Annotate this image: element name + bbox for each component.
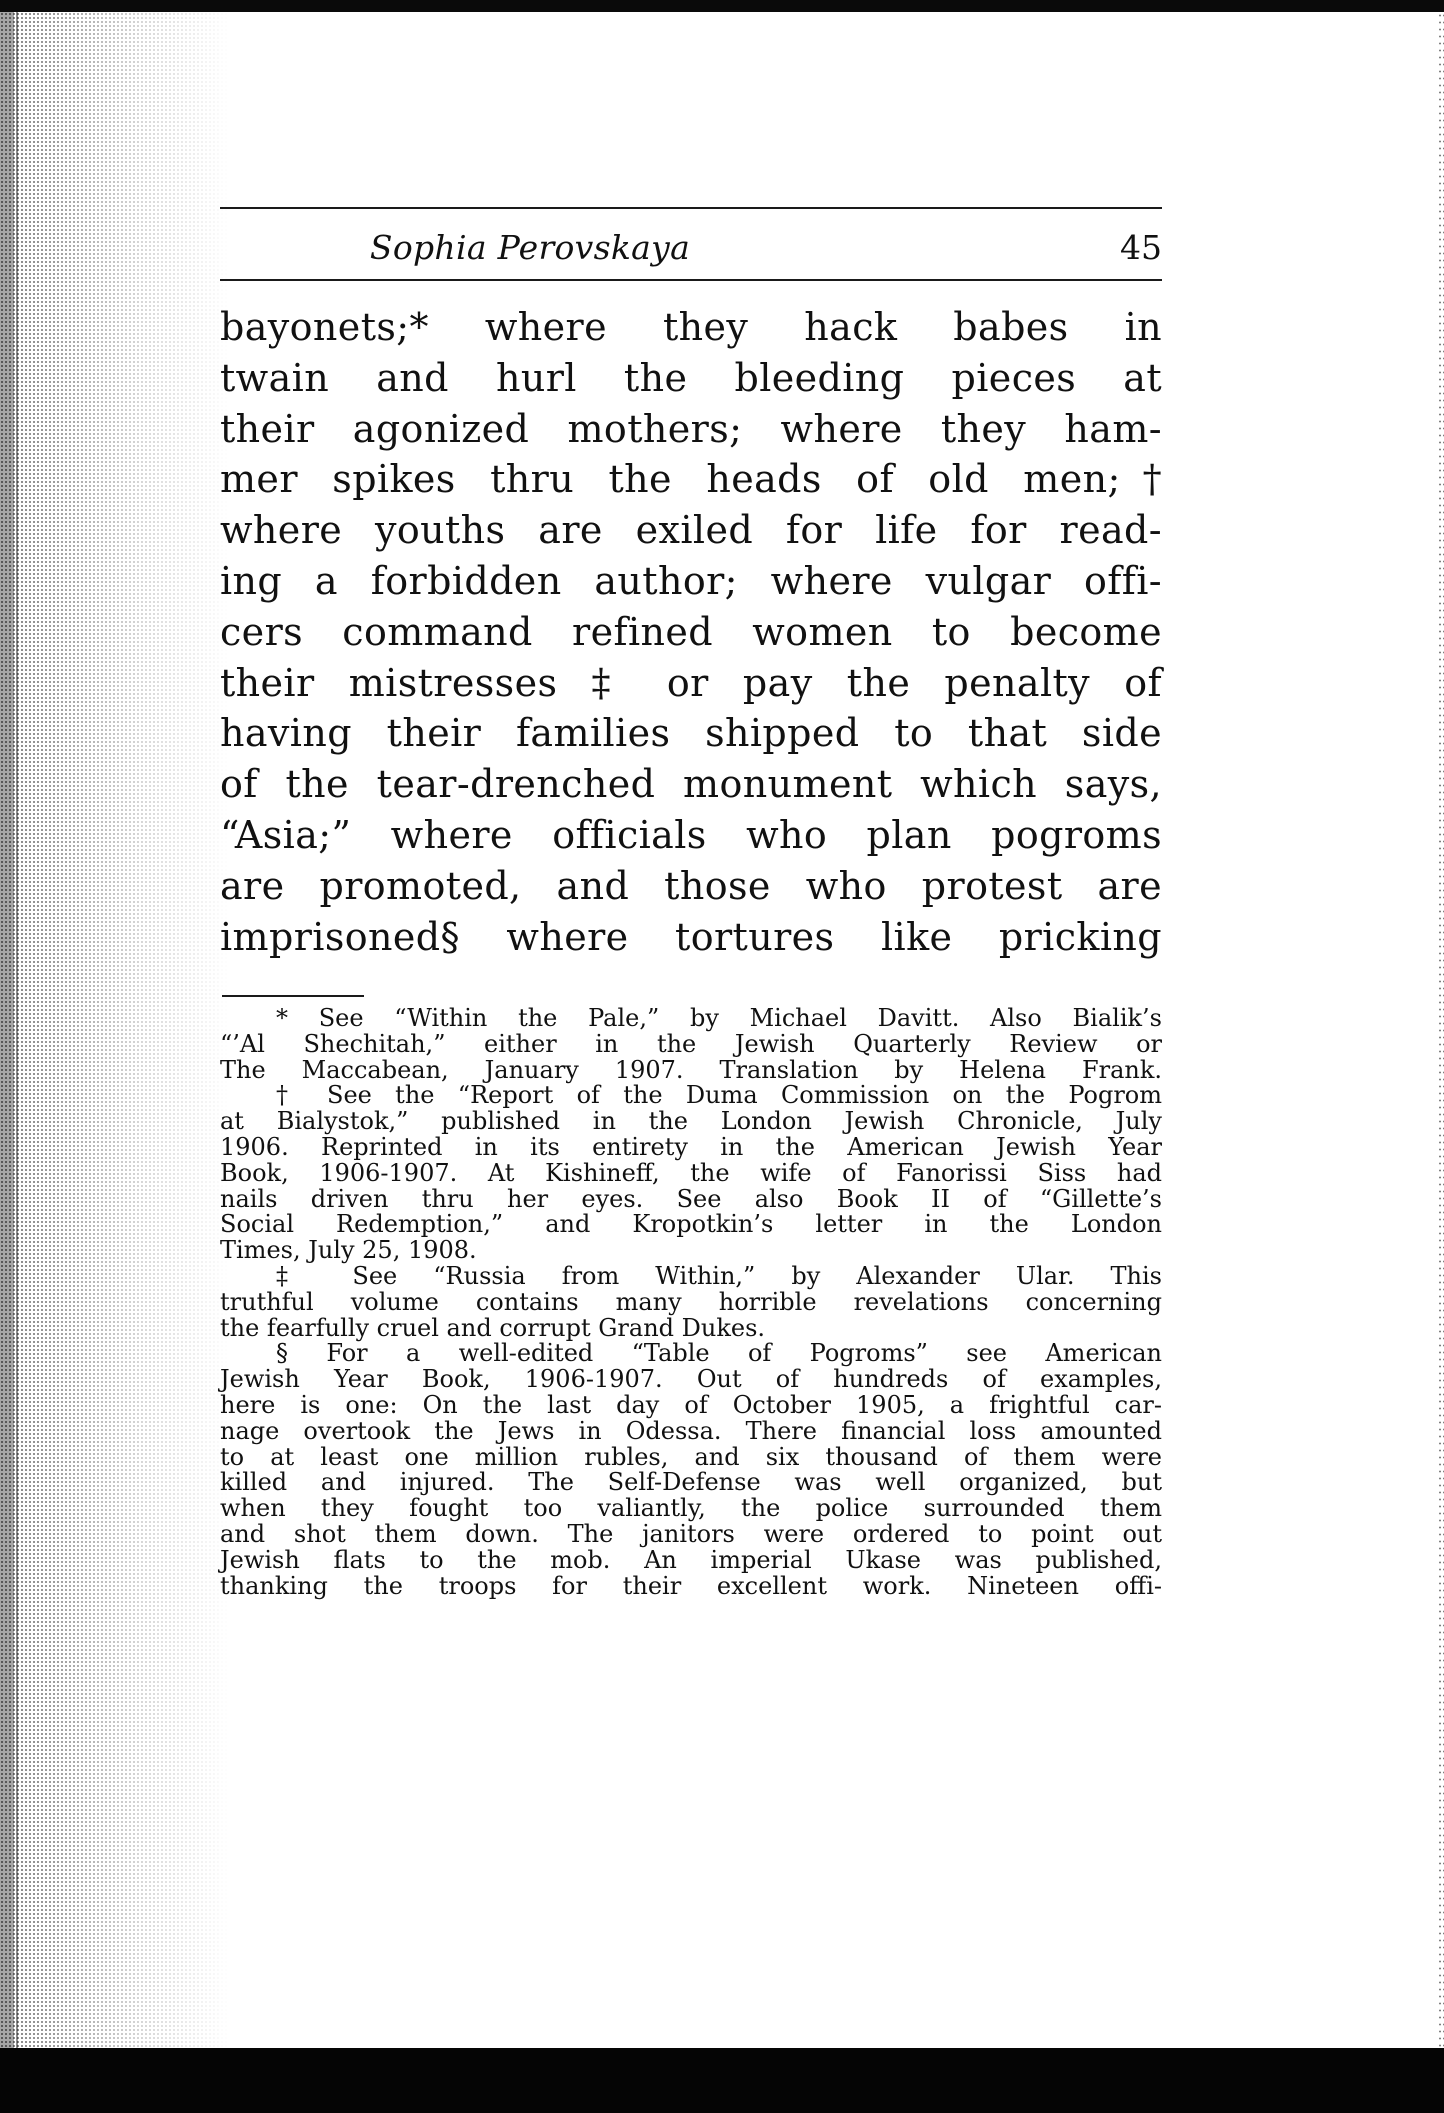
- body-line: ing a forbidden author; where vulgar off…: [220, 556, 1162, 607]
- footnote-separator: [222, 995, 364, 997]
- footnote-section-line: when they fought too valiantly, the poli…: [220, 1496, 1162, 1522]
- footnote-asterisk-line: The Maccabean, January 1907. Translation…: [220, 1058, 1162, 1084]
- scan-bottom-edge: [0, 2048, 1444, 2113]
- footnote-dagger-line: 1906. Reprinted in its entirety in the A…: [220, 1135, 1162, 1161]
- footnote-double-dagger-line: the fearfully cruel and corrupt Grand Du…: [220, 1316, 1162, 1342]
- body-line: mer spikes thru the heads of old men;†: [220, 454, 1162, 505]
- footnote-section-line: Jewish Year Book, 1906-1907. Out of hund…: [220, 1367, 1162, 1393]
- footnote-dagger-line: Book, 1906-1907. At Kishineff, the wife …: [220, 1161, 1162, 1187]
- body-line: where youths are exiled for life for rea…: [220, 505, 1162, 556]
- binding-edge: [0, 12, 14, 2052]
- header-rule-top: [220, 207, 1162, 209]
- binding-fold-line: [16, 12, 18, 2052]
- body-line: are promoted, and those who protest are: [220, 861, 1162, 912]
- footnote-dagger-line: † See the “Report of the Duma Commission…: [220, 1083, 1162, 1109]
- footnote-double-dagger-line: ‡ See “Russia from Within,” by Alexander…: [220, 1264, 1162, 1290]
- binding-gutter-shadow: [0, 12, 230, 2052]
- footnote-section-line: here is one: On the last day of October …: [220, 1393, 1162, 1419]
- body-line: bayonets;* where they hack babes in: [220, 302, 1162, 353]
- footnote-section-line: Jewish flats to the mob. An imperial Uka…: [220, 1548, 1162, 1574]
- body-line: imprisoned§ where tortures like pricking: [220, 912, 1162, 963]
- running-title: Sophia Perovskaya: [220, 226, 840, 270]
- body-line: of the tear-drenched monument which says…: [220, 759, 1162, 810]
- footnote-section-line: nage overtook the Jews in Odessa. There …: [220, 1419, 1162, 1445]
- footnote-asterisk-line: “’Al Shechitah,” either in the Jewish Qu…: [220, 1032, 1162, 1058]
- body-line: cers command refined women to become: [220, 607, 1162, 658]
- scan-top-edge: [0, 0, 1444, 12]
- running-head: Sophia Perovskaya 45: [220, 226, 1162, 270]
- footnote-dagger-line: Social Redemption,” and Kropotkin’s lett…: [220, 1212, 1162, 1238]
- footnote-dagger-line: nails driven thru her eyes. See also Boo…: [220, 1187, 1162, 1213]
- page-right-edge: [1438, 12, 1444, 2052]
- footnote-section-line: killed and injured. The Self-Defense was…: [220, 1470, 1162, 1496]
- footnote-dagger-line: Times, July 25, 1908.: [220, 1238, 1162, 1264]
- page-number: 45: [1120, 226, 1162, 270]
- body-line: twain and hurl the bleeding pieces at: [220, 353, 1162, 404]
- body-line: their agonized mothers; where they ham-: [220, 404, 1162, 455]
- body-line: having their families shipped to that si…: [220, 708, 1162, 759]
- footnote-section-line: to at least one million rubles, and six …: [220, 1445, 1162, 1471]
- footnote-dagger-line: at Bialystok,” published in the London J…: [220, 1109, 1162, 1135]
- footnotes: * See “Within the Pale,” by Michael Davi…: [220, 1006, 1162, 1599]
- header-rule-bottom: [220, 279, 1162, 281]
- footnote-double-dagger-line: truthful volume contains many horrible r…: [220, 1290, 1162, 1316]
- footnote-asterisk-line: * See “Within the Pale,” by Michael Davi…: [220, 1006, 1162, 1032]
- footnote-section-line: thanking the troops for their excellent …: [220, 1574, 1162, 1600]
- body-line: their mistresses ‡ or pay the penalty of: [220, 658, 1162, 709]
- body-line: “Asia;” where officials who plan pogroms: [220, 810, 1162, 861]
- body-paragraph: bayonets;* where they hack babes in twai…: [220, 302, 1162, 962]
- footnote-section-line: and shot them down. The janitors were or…: [220, 1522, 1162, 1548]
- footnote-section-line: § For a well-edited “Table of Pogroms” s…: [220, 1341, 1162, 1367]
